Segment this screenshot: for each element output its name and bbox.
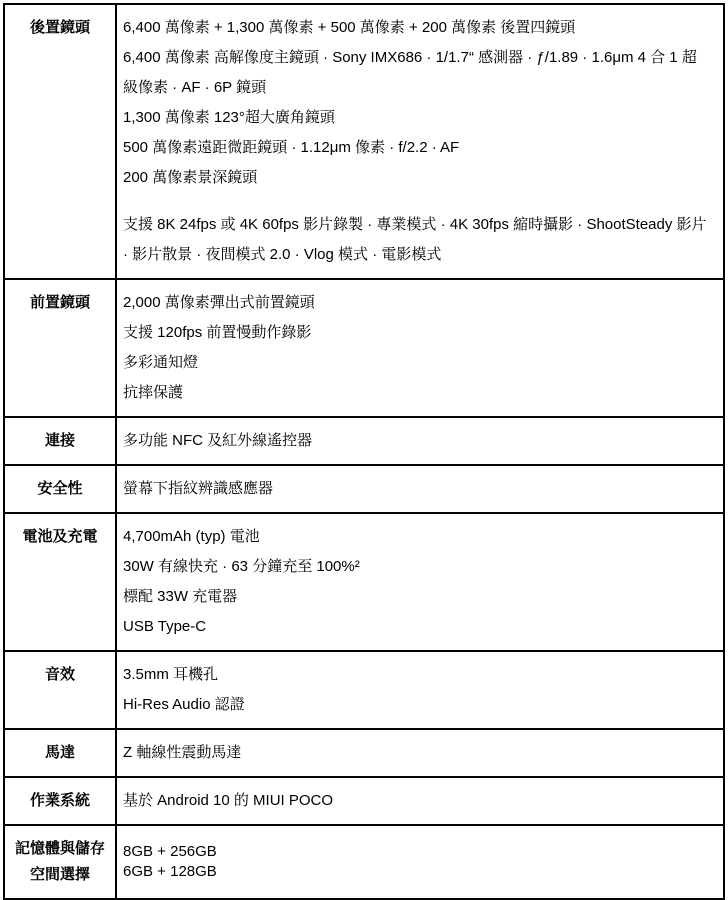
spec-line: 支援 8K 24fps 或 4K 60fps 影片錄製 · 專業模式 · 4K …: [123, 210, 711, 270]
spec-line: 4,700mAh (typ) 電池: [123, 522, 711, 552]
spec-row-security: 安全性 螢幕下指紋辨識感應器: [4, 465, 724, 513]
spec-value-memory-storage: 8GB + 256GB 6GB + 128GB: [116, 825, 724, 899]
spec-line: Z 軸線性震動馬達: [123, 738, 711, 768]
spec-label-connectivity: 連接: [4, 417, 116, 465]
spec-line: 8GB + 256GB: [123, 842, 711, 862]
spec-line: 基於 Android 10 的 MIUI POCO: [123, 786, 711, 816]
spec-line: 500 萬像素遠距微距鏡頭 · 1.12μm 像素 · f/2.2 · AF: [123, 133, 711, 163]
spec-table: 後置鏡頭 6,400 萬像素 + 1,300 萬像素 + 500 萬像素 + 2…: [3, 3, 725, 900]
spec-line: USB Type-C: [123, 612, 711, 642]
spec-value-front-camera: 2,000 萬像素彈出式前置鏡頭 支援 120fps 前置慢動作錄影 多彩通知燈…: [116, 279, 724, 417]
spec-label-motor: 馬達: [4, 729, 116, 777]
spec-row-front-camera: 前置鏡頭 2,000 萬像素彈出式前置鏡頭 支援 120fps 前置慢動作錄影 …: [4, 279, 724, 417]
spec-line: 多功能 NFC 及紅外線遙控器: [123, 426, 711, 456]
spec-row-audio: 音效 3.5mm 耳機孔 Hi-Res Audio 認證: [4, 651, 724, 729]
spec-line: Hi-Res Audio 認證: [123, 690, 711, 720]
spec-row-connectivity: 連接 多功能 NFC 及紅外線遙控器: [4, 417, 724, 465]
spec-row-battery-charging: 電池及充電 4,700mAh (typ) 電池 30W 有線快充 · 63 分鐘…: [4, 513, 724, 651]
spec-line: 200 萬像素景深鏡頭: [123, 163, 711, 193]
spec-line: 1,300 萬像素 123°超大廣角鏡頭: [123, 103, 711, 133]
spec-line: 6GB + 128GB: [123, 862, 711, 882]
spec-row-memory-storage: 記憶體與儲存 空間選擇 8GB + 256GB 6GB + 128GB: [4, 825, 724, 899]
spec-row-os: 作業系統 基於 Android 10 的 MIUI POCO: [4, 777, 724, 825]
spec-row-motor: 馬達 Z 軸線性震動馬達: [4, 729, 724, 777]
spec-line: 標配 33W 充電器: [123, 582, 711, 612]
spec-line: 6,400 萬像素 高解像度主鏡頭 · Sony IMX686 · 1/1.7“…: [123, 43, 711, 103]
spec-line: 6,400 萬像素 + 1,300 萬像素 + 500 萬像素 + 200 萬像…: [123, 13, 711, 43]
spec-line: 30W 有線快充 · 63 分鐘充至 100%²: [123, 552, 711, 582]
spec-line: 螢幕下指紋辨識感應器: [123, 474, 711, 504]
spec-label-os: 作業系統: [4, 777, 116, 825]
spec-line: 多彩通知燈: [123, 348, 711, 378]
spec-line: 2,000 萬像素彈出式前置鏡頭: [123, 288, 711, 318]
spec-label-memory-storage: 記憶體與儲存 空間選擇: [4, 825, 116, 899]
spec-value-rear-camera: 6,400 萬像素 + 1,300 萬像素 + 500 萬像素 + 200 萬像…: [116, 4, 724, 279]
spec-value-security: 螢幕下指紋辨識感應器: [116, 465, 724, 513]
spec-label-rear-camera: 後置鏡頭: [4, 4, 116, 279]
spec-label-security: 安全性: [4, 465, 116, 513]
spec-value-os: 基於 Android 10 的 MIUI POCO: [116, 777, 724, 825]
spec-value-connectivity: 多功能 NFC 及紅外線遙控器: [116, 417, 724, 465]
spec-label-front-camera: 前置鏡頭: [4, 279, 116, 417]
spec-line: 支援 120fps 前置慢動作錄影: [123, 318, 711, 348]
spec-value-motor: Z 軸線性震動馬達: [116, 729, 724, 777]
spec-line: 抗摔保護: [123, 378, 711, 408]
spec-line: 3.5mm 耳機孔: [123, 660, 711, 690]
spec-label-battery-charging: 電池及充電: [4, 513, 116, 651]
spec-value-battery-charging: 4,700mAh (typ) 電池 30W 有線快充 · 63 分鐘充至 100…: [116, 513, 724, 651]
spec-table-body: 後置鏡頭 6,400 萬像素 + 1,300 萬像素 + 500 萬像素 + 2…: [4, 4, 724, 899]
spec-value-audio: 3.5mm 耳機孔 Hi-Res Audio 認證: [116, 651, 724, 729]
spec-label-audio: 音效: [4, 651, 116, 729]
spec-row-rear-camera: 後置鏡頭 6,400 萬像素 + 1,300 萬像素 + 500 萬像素 + 2…: [4, 4, 724, 279]
